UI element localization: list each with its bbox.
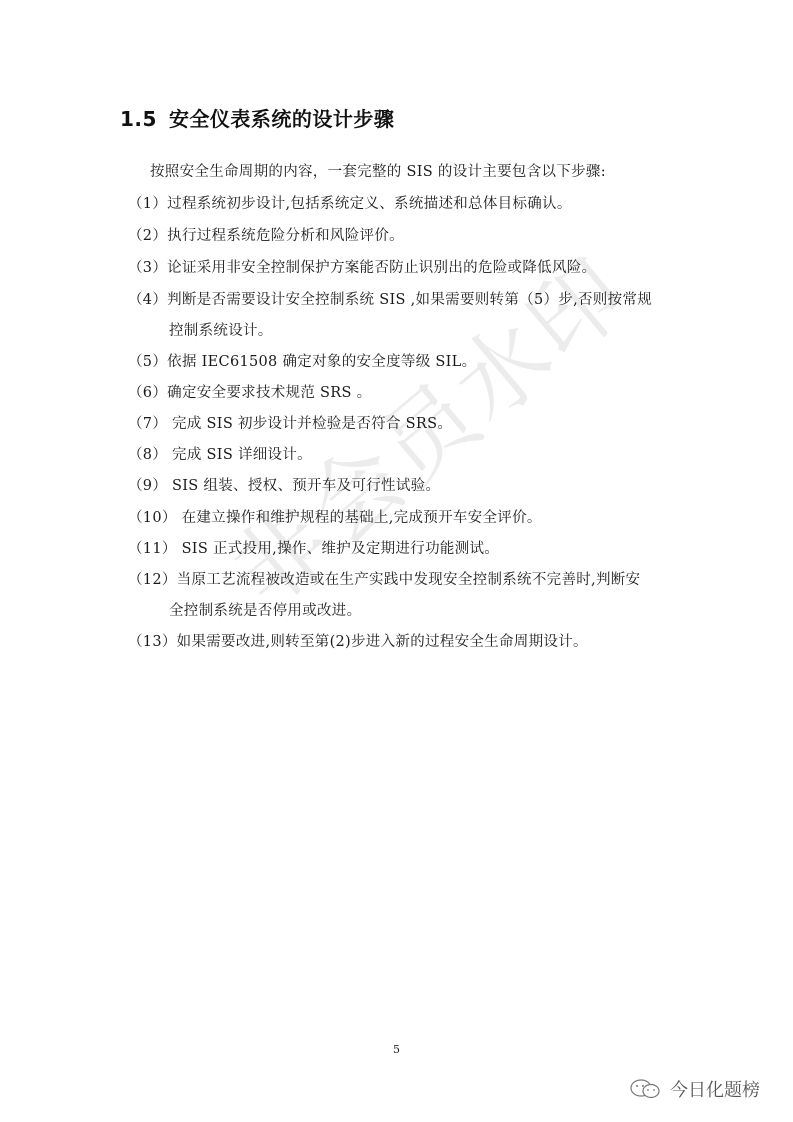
step-item: （10） 在建立操作和维护规程的基础上,完成预开车安全评价。 — [128, 506, 542, 527]
step-item: （1）过程系统初步设计,包括系统定义、系统描述和总体目标确认。 — [128, 192, 572, 213]
page-number: 5 — [393, 1043, 400, 1056]
step-item: （8） 完成 SIS 详细设计。 — [128, 443, 312, 464]
step-index: （5） — [128, 350, 167, 371]
step-index: （2） — [128, 224, 167, 245]
step-item: （11） SIS 正式投用,操作、维护及定期进行功能测试。 — [128, 537, 499, 558]
brand-footer: 今日化题榜 — [628, 1076, 760, 1102]
step-text: 如果需要改进,则转至第(2)步进入新的过程安全生命周期设计。 — [177, 634, 588, 650]
step-index: （10） — [128, 506, 177, 527]
intro-paragraph: 按照安全生命周期的内容，一套完整的 SIS 的设计主要包含以下步骤: — [150, 160, 606, 181]
watermark: 非会员水印 — [170, 380, 630, 740]
step-index: （4） — [128, 288, 167, 309]
section-number: 1.5 — [120, 107, 157, 131]
step-text: 判断是否需要设计安全控制系统 SIS ,如果需要则转第（5）步,否则按常规 — [167, 292, 652, 308]
step-item: （4）判断是否需要设计安全控制系统 SIS ,如果需要则转第（5）步,否则按常规 — [128, 288, 652, 309]
step-index: （13） — [128, 630, 177, 651]
step-item: （9） SIS 组装、授权、预开车及可行性试验。 — [128, 474, 440, 495]
section-heading: 1.5安全仪表系统的设计步骤 — [120, 103, 394, 132]
step-text: 依据 IEC61508 确定对象的安全度等级 SIL。 — [167, 354, 476, 370]
step-index: （8） — [128, 443, 167, 464]
step-text: SIS 组装、授权、预开车及可行性试验。 — [167, 478, 440, 494]
step-index: （6） — [128, 381, 167, 402]
document-page: 非会员水印 1.5安全仪表系统的设计步骤 按照安全生命周期的内容，一套完整的 S… — [0, 0, 793, 1122]
step-text: 完成 SIS 初步设计并检验是否符合 SRS。 — [167, 416, 452, 432]
brand-name: 今日化题榜 — [670, 1076, 760, 1102]
step-item: （3）论证采用非安全控制保护方案能否防止识别出的危险或降低风险。 — [128, 256, 596, 277]
step-text: 在建立操作和维护规程的基础上,完成预开车安全评价。 — [177, 510, 542, 526]
step-item: （2）执行过程系统危险分析和风险评价。 — [128, 224, 404, 245]
step-text: 确定安全要求技术规范 SRS 。 — [167, 385, 371, 401]
step-text: 完成 SIS 详细设计。 — [167, 447, 312, 463]
wechat-icon — [628, 1078, 664, 1100]
step-text: 当原工艺流程被改造或在生产实践中发现安全控制系统不完善时,判断安 — [177, 572, 641, 588]
step-text: 论证采用非安全控制保护方案能否防止识别出的危险或降低风险。 — [167, 260, 596, 276]
step-index: （1） — [128, 192, 167, 213]
step-index: （11） — [128, 537, 177, 558]
step-index: （12） — [128, 568, 177, 589]
step-continuation: 全控制系统是否停用或改进。 — [169, 599, 361, 620]
step-text: 过程系统初步设计,包括系统定义、系统描述和总体目标确认。 — [167, 196, 572, 212]
step-text: 执行过程系统危险分析和风险评价。 — [167, 228, 404, 244]
step-index: （3） — [128, 256, 167, 277]
step-index: （9） — [128, 474, 167, 495]
step-item: （6）确定安全要求技术规范 SRS 。 — [128, 381, 371, 402]
step-item: （7） 完成 SIS 初步设计并检验是否符合 SRS。 — [128, 412, 452, 433]
step-index: （7） — [128, 412, 167, 433]
section-title: 安全仪表系统的设计步骤 — [169, 107, 395, 131]
step-item: （13）如果需要改进,则转至第(2)步进入新的过程安全生命周期设计。 — [128, 630, 588, 651]
step-continuation: 控制系统设计。 — [169, 319, 273, 340]
step-text: SIS 正式投用,操作、维护及定期进行功能测试。 — [177, 541, 499, 557]
step-item: （5）依据 IEC61508 确定对象的安全度等级 SIL。 — [128, 350, 476, 371]
step-item: （12）当原工艺流程被改造或在生产实践中发现安全控制系统不完善时,判断安 — [128, 568, 640, 589]
